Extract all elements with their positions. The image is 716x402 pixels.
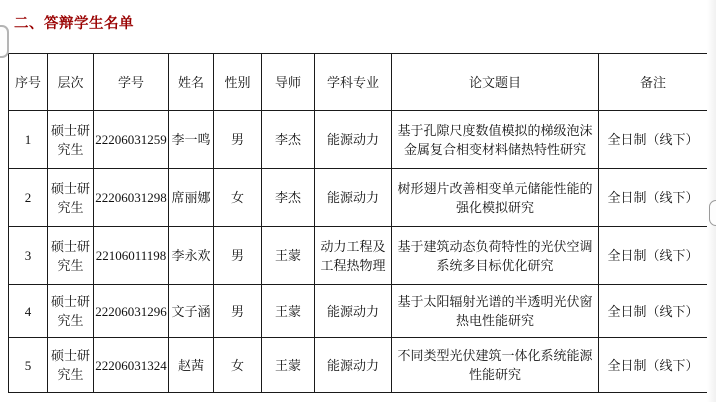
cell-major: 能源动力	[315, 285, 392, 338]
cell-name: 文子涵	[169, 285, 214, 338]
cell-level: 硕士研究生	[48, 338, 94, 393]
cell-seq: 1	[9, 111, 48, 169]
cell-major: 能源动力	[315, 169, 392, 227]
cell-gender: 男	[214, 227, 262, 285]
cell-advisor: 王蒙	[262, 227, 315, 285]
cell-name: 李永欢	[169, 227, 214, 285]
cell-student-id: 22206031324	[94, 338, 169, 393]
cell-name: 席丽娜	[169, 169, 214, 227]
table-header-row: 序号 层次 学号 姓名 性别 导师 学科专业 论文题目 备注	[9, 54, 708, 111]
cell-student-id: 22106011198	[94, 227, 169, 285]
cell-gender: 男	[214, 285, 262, 338]
cell-level: 硕士研究生	[48, 111, 94, 169]
cell-advisor: 王蒙	[262, 338, 315, 393]
section-title: 二、答辩学生名单	[14, 12, 134, 33]
cell-level: 硕士研究生	[48, 227, 94, 285]
col-header-remark: 备注	[599, 54, 708, 111]
col-header-thesis-title: 论文题目	[392, 54, 599, 111]
cell-advisor: 李杰	[262, 111, 315, 169]
cell-remark: 全日制（线下）	[599, 338, 708, 393]
table-row: 1 硕士研究生 22206031259 李一鸣 男 李杰 能源动力 基于孔隙尺度…	[9, 111, 708, 169]
cell-name: 赵茜	[169, 338, 214, 393]
col-header-name: 姓名	[169, 54, 214, 111]
cell-student-id: 22206031296	[94, 285, 169, 338]
cell-level: 硕士研究生	[48, 285, 94, 338]
cell-gender: 男	[214, 111, 262, 169]
cell-thesis-title: 基于孔隙尺度数值模拟的梯级泡沫金属复合相变材料储热特性研究	[392, 111, 599, 169]
cell-advisor: 李杰	[262, 169, 315, 227]
col-header-level: 层次	[48, 54, 94, 111]
edge-handle-left[interactable]	[0, 25, 9, 58]
col-header-gender: 性别	[214, 54, 262, 111]
document-page: 二、答辩学生名单 序号 层次 学号 姓名 性别 导师 学科专业 论文题目 备注 …	[0, 0, 716, 402]
cell-thesis-title: 不同类型光伏建筑一体化系统能源性能研究	[392, 338, 599, 393]
cell-name: 李一鸣	[169, 111, 214, 169]
cell-student-id: 22206031298	[94, 169, 169, 227]
cell-seq: 2	[9, 169, 48, 227]
students-table: 序号 层次 学号 姓名 性别 导师 学科专业 论文题目 备注 1 硕士研究生 2…	[8, 53, 708, 393]
cell-seq: 5	[9, 338, 48, 393]
col-header-major: 学科专业	[315, 54, 392, 111]
cell-thesis-title: 基于太阳辐射光谱的半透明光伏窗热电性能研究	[392, 285, 599, 338]
table-row: 4 硕士研究生 22206031296 文子涵 男 王蒙 能源动力 基于太阳辐射…	[9, 285, 708, 338]
edge-handle-right[interactable]	[709, 200, 716, 226]
cell-level: 硕士研究生	[48, 169, 94, 227]
cell-seq: 3	[9, 227, 48, 285]
table-row: 5 硕士研究生 22206031324 赵茜 女 王蒙 能源动力 不同类型光伏建…	[9, 338, 708, 393]
cell-gender: 女	[214, 169, 262, 227]
col-header-advisor: 导师	[262, 54, 315, 111]
cell-thesis-title: 基于建筑动态负荷特性的光伏空调系统多目标优化研究	[392, 227, 599, 285]
cell-advisor: 王蒙	[262, 285, 315, 338]
col-header-seq: 序号	[9, 54, 48, 111]
cell-major: 能源动力	[315, 338, 392, 393]
cell-student-id: 22206031259	[94, 111, 169, 169]
cell-seq: 4	[9, 285, 48, 338]
table-row: 3 硕士研究生 22106011198 李永欢 男 王蒙 动力工程及工程热物理 …	[9, 227, 708, 285]
cell-major: 能源动力	[315, 111, 392, 169]
cell-remark: 全日制（线下）	[599, 111, 708, 169]
col-header-student-id: 学号	[94, 54, 169, 111]
cell-remark: 全日制（线下）	[599, 169, 708, 227]
cell-gender: 女	[214, 338, 262, 393]
cell-remark: 全日制（线下）	[599, 227, 708, 285]
table-row: 2 硕士研究生 22206031298 席丽娜 女 李杰 能源动力 树形翅片改善…	[9, 169, 708, 227]
cell-thesis-title: 树形翅片改善相变单元储能性能的强化模拟研究	[392, 169, 599, 227]
cell-remark: 全日制（线下）	[599, 285, 708, 338]
cell-major: 动力工程及工程热物理	[315, 227, 392, 285]
